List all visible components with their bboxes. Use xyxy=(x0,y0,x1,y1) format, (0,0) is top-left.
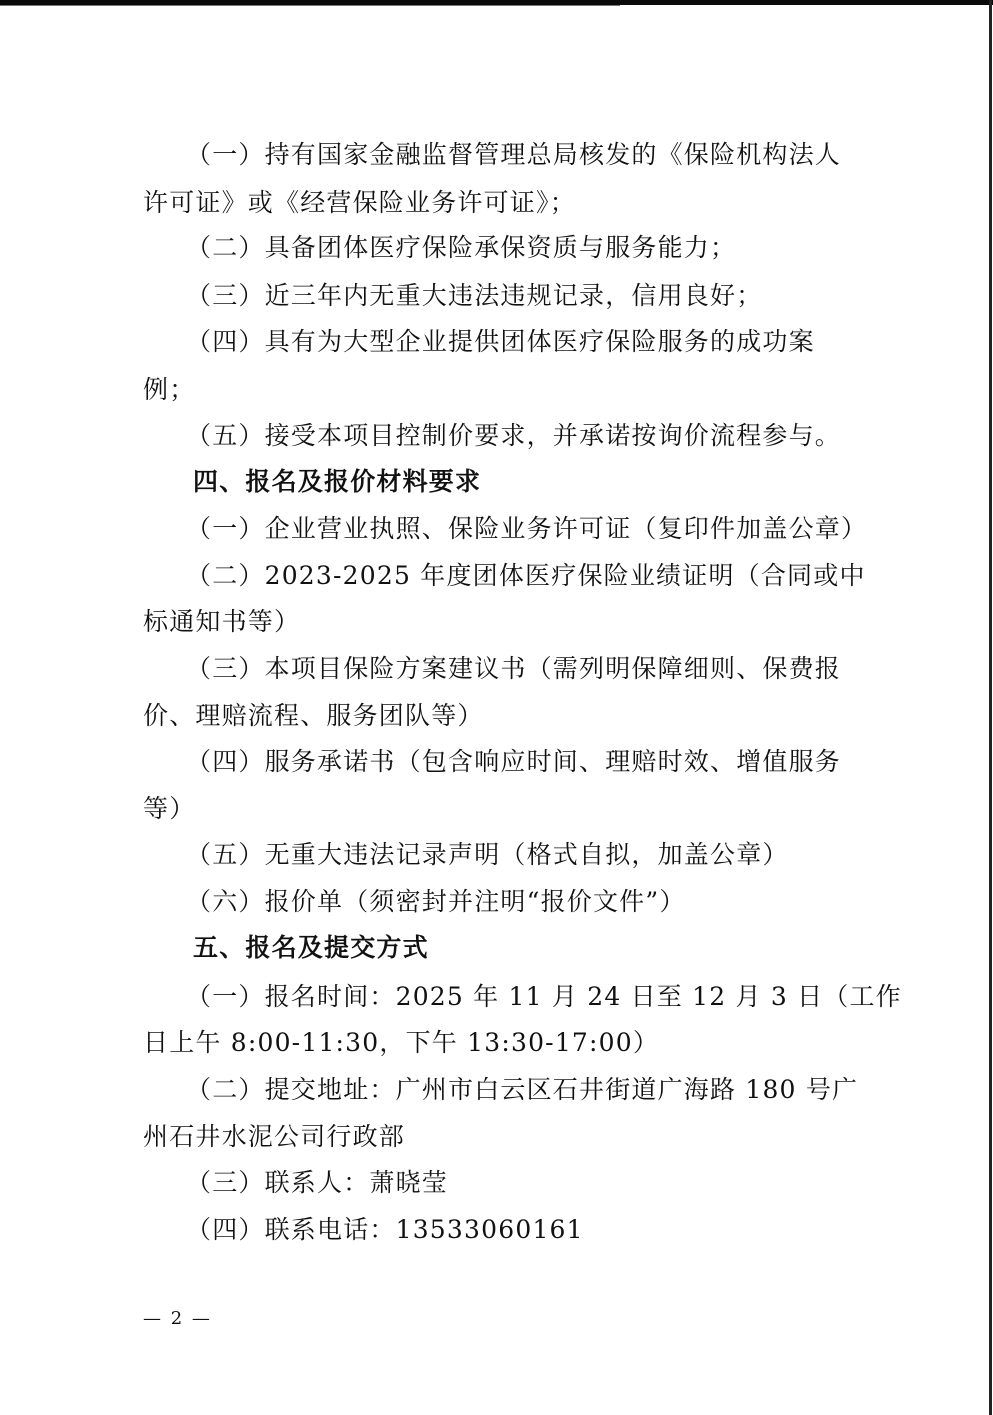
material-item-3: （三）本项目保险方案建议书（需列明保障细则、保费报 xyxy=(186,654,841,684)
qualification-item-3: （三）近三年内无重大违法违规记录，信用良好； xyxy=(186,281,762,311)
material-item-2: （二）2023-2025 年度团体医疗保险业绩证明（合同或中 xyxy=(186,561,866,591)
qualification-item-2: （二）具备团体医疗保险承保资质与服务能力； xyxy=(186,233,736,263)
material-item-4-cont: 等） xyxy=(143,794,195,824)
page-number: — 2 — xyxy=(143,1308,212,1330)
qualification-item-1-cont: 许可证》或《经营保险业务许可证》； xyxy=(143,188,576,218)
qualification-item-1: （一）持有国家金融监督管理总局核发的《保险机构法人 xyxy=(186,140,841,170)
material-item-2-cont: 标通知书等） xyxy=(143,607,300,637)
material-item-5: （五）无重大违法记录声明（格式自拟，加盖公章） xyxy=(186,840,789,870)
contact-person: （三）联系人：萧晓莹 xyxy=(186,1168,448,1198)
section-heading-4: 四、报名及报价材料要求 xyxy=(193,467,481,497)
material-item-4: （四）服务承诺书（包含响应时间、理赔时效、增值服务 xyxy=(186,747,841,777)
submission-time: （一）报名时间：2025 年 11 月 24 日至 12 月 3 日（工作 xyxy=(186,982,902,1012)
document-page: （一）持有国家金融监督管理总局核发的《保险机构法人 许可证》或《经营保险业务许可… xyxy=(0,0,993,1415)
qualification-item-4-cont: 例； xyxy=(143,375,195,405)
submission-time-cont: 日上午 8:00-11:30，下午 13:30-17:00） xyxy=(143,1028,659,1058)
material-item-1: （一）企业营业执照、保险业务许可证（复印件加盖公章） xyxy=(186,514,867,544)
material-item-6: （六）报价单（须密封并注明“报价文件”） xyxy=(186,887,686,917)
qualification-item-5: （五）接受本项目控制价要求，并承诺按询价流程参与。 xyxy=(186,421,841,451)
submission-address: （二）提交地址：广州市白云区石井街道广海路 180 号广 xyxy=(186,1075,858,1105)
qualification-item-4: （四）具有为大型企业提供团体医疗保险服务的成功案 xyxy=(186,327,815,357)
submission-address-cont: 州石井水泥公司行政部 xyxy=(143,1122,405,1152)
section-heading-5: 五、报名及提交方式 xyxy=(193,933,429,963)
material-item-3-cont: 价、理赔流程、服务团队等） xyxy=(143,701,484,731)
contact-phone: （四）联系电话：13533060161 xyxy=(186,1215,584,1245)
